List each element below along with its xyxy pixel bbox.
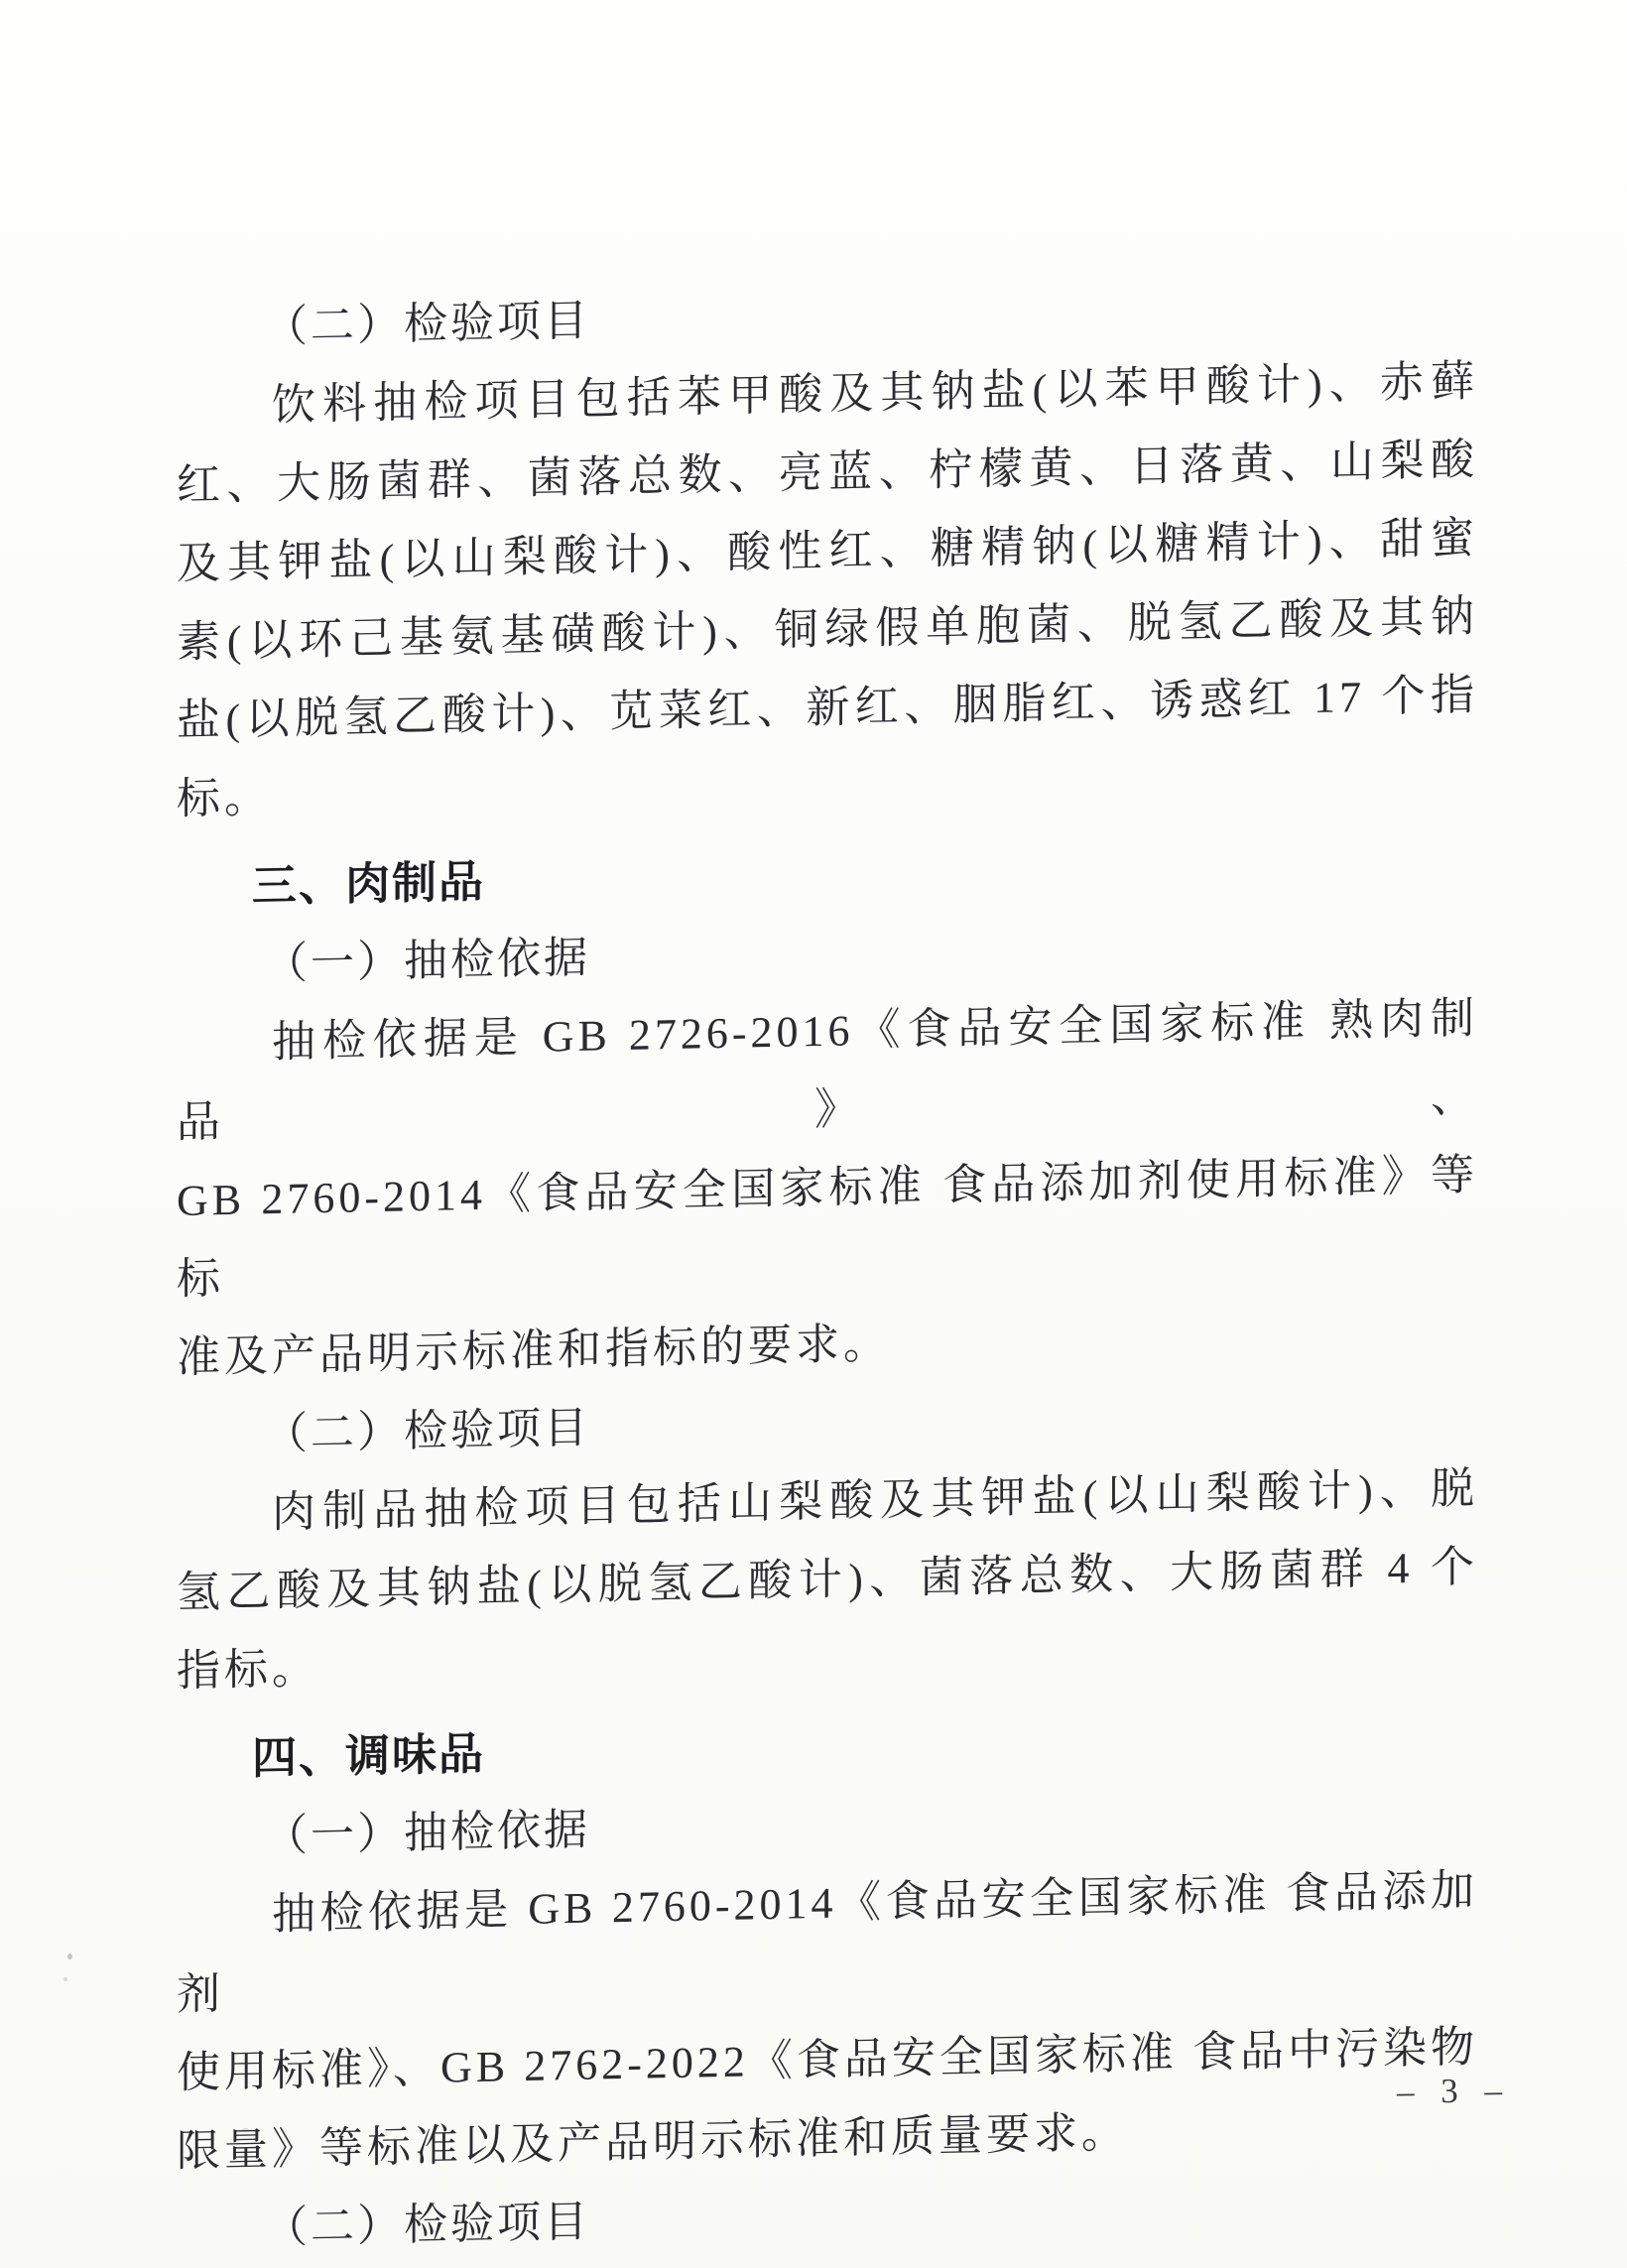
paragraph-line: GB 2760-2014《食品安全国家标准 食品添加剂使用标准》等标 [177,1136,1478,1319]
paragraph-drinks-test-items: 饮料抽检项目包括苯甲酸及其钠盐(以苯甲酸计)、赤藓 红、大肠菌群、菌落总数、亮蓝… [177,342,1478,838]
paragraph-meat-sampling-basis: 抽检依据是 GB 2726-2016《食品安全国家标准 熟肉制品》、 GB 27… [177,979,1478,1397]
scan-speck [67,1953,72,1959]
paragraph-line: 抽检依据是 GB 2760-2014《食品安全国家标准 食品添加剂 [177,1851,1478,2034]
scanned-document-page: （二）检验项目 饮料抽检项目包括苯甲酸及其钠盐(以苯甲酸计)、赤藓 红、大肠菌群… [0,0,1627,2268]
scan-speck [63,1977,67,1981]
paragraph-line: 抽检依据是 GB 2726-2016《食品安全国家标准 熟肉制品》、 [177,979,1478,1162]
paragraph-meat-test-items: 肉制品抽检项目包括山梨酸及其钾盐(以山梨酸计)、脱 氢乙酸及其钠盐(以脱氢乙酸计… [177,1449,1478,1710]
paragraph-condiment-sampling-basis: 抽检依据是 GB 2760-2014《食品安全国家标准 食品添加剂 使用标准》、… [177,1851,1478,2191]
page-number: – 3 – [1397,2071,1512,2112]
document-content: （二）检验项目 饮料抽检项目包括苯甲酸及其钠盐(以苯甲酸计)、赤藓 红、大肠菌群… [177,264,1478,2268]
